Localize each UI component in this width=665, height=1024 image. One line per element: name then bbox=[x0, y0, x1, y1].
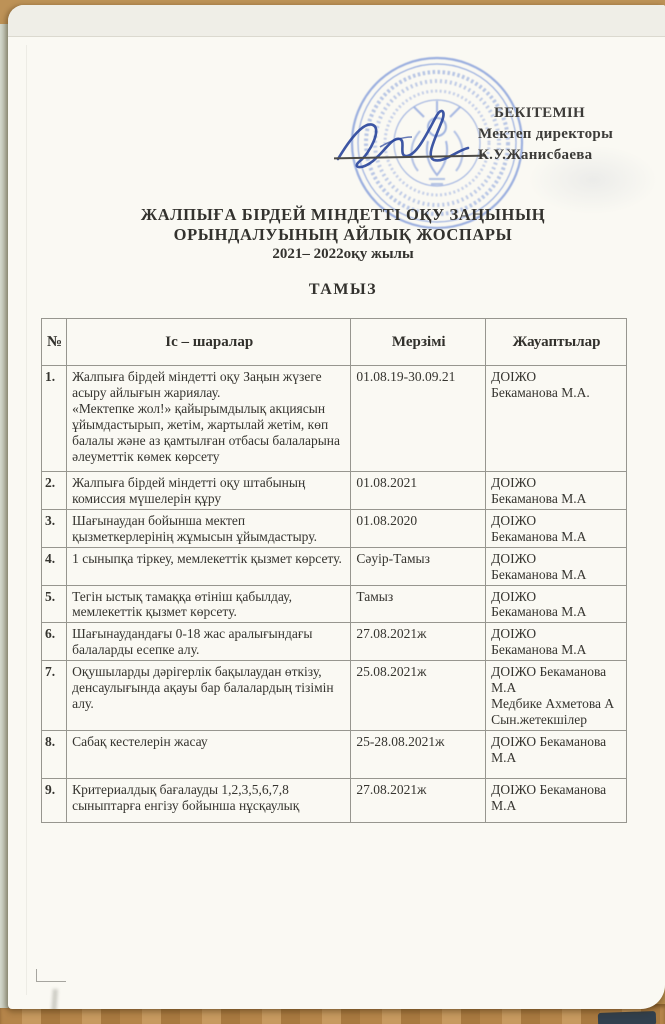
responsible-cell: ДОІЖО Бекаманова М.А bbox=[486, 585, 627, 623]
responsible-cell: ДОІЖО Бекаманова М.А. bbox=[486, 366, 627, 472]
scanner-corner-object bbox=[598, 1011, 656, 1024]
date-cell: 25.08.2021ж bbox=[351, 661, 486, 731]
table-body: 1. Жалпыға бірдей міндетті оқу Заңын жүз… bbox=[42, 366, 627, 823]
date-cell: Тамыз bbox=[351, 585, 486, 623]
date-cell: 01.08.2021 bbox=[351, 472, 486, 510]
row-number-cell: 7. bbox=[42, 661, 67, 731]
scan-corner-mark bbox=[36, 969, 66, 982]
date-cell: 27.08.2021ж bbox=[351, 778, 486, 822]
responsible-cell: ДОІЖО Бекаманова М.А bbox=[486, 730, 627, 778]
responsible-cell: ДОІЖО Бекаманова М.А bbox=[486, 623, 627, 661]
document-title: ЖАЛПЫҒА БІРДЕЙ МІНДЕТТІ ОҚУ ЗАҢЫНЫҢ ОРЫН… bbox=[28, 205, 658, 299]
paper-top-shading bbox=[8, 5, 665, 37]
date-cell: 27.08.2021ж bbox=[351, 623, 486, 661]
activity-cell: Жалпыға бірдей міндетті оқу Заңын жүзеге… bbox=[67, 366, 351, 472]
responsible-cell: ДОІЖО Бекаманова М.А bbox=[486, 547, 627, 585]
table-row: 6. Шағынаудандағы 0-18 жас аралығындағы … bbox=[42, 623, 627, 661]
table-row: 1. Жалпыға бірдей міндетті оқу Заңын жүз… bbox=[42, 366, 627, 472]
scan-smudge bbox=[51, 989, 58, 1009]
table-row: 2. Жалпыға бірдей міндетті оқу штабының … bbox=[42, 472, 627, 510]
table-row: 7. Оқушыларды дәрігерлік бақылаудан өткі… bbox=[42, 661, 627, 731]
table-header: № Іс – шаралар Мерзімі Жауаптылар bbox=[42, 319, 627, 366]
row-number-cell: 8. bbox=[42, 730, 67, 778]
row-number-cell: 5. bbox=[42, 585, 67, 623]
header-date: Мерзімі bbox=[351, 319, 486, 366]
date-cell: 01.08.2020 bbox=[351, 509, 486, 547]
row-number-cell: 3. bbox=[42, 509, 67, 547]
responsible-cell: ДОІЖО Бекаманова М.А bbox=[486, 472, 627, 510]
row-number-cell: 1. bbox=[42, 366, 67, 472]
monthly-plan-table: № Іс – шаралар Мерзімі Жауаптылар 1. Жал… bbox=[41, 318, 627, 823]
date-cell: 01.08.19-30.09.21 bbox=[351, 366, 486, 472]
responsible-cell: ДОІЖО Бекаманова М.А bbox=[486, 778, 627, 822]
table-row: 9. Критериалдық бағалауды 1,2,3,5,6,7,8 … bbox=[42, 778, 627, 822]
table-row: 8. Сабақ кестелерін жасау 25-28.08.2021ж… bbox=[42, 730, 627, 778]
date-cell: 25-28.08.2021ж bbox=[351, 730, 486, 778]
signature-icon bbox=[328, 97, 498, 187]
table-row: 3. Шағынаудан бойынша мектеп қызметкерле… bbox=[42, 509, 627, 547]
activity-cell: Оқушыларды дәрігерлік бақылаудан өткізу,… bbox=[67, 661, 351, 731]
activity-cell: Жалпыға бірдей міндетті оқу штабының ком… bbox=[67, 472, 351, 510]
title-line-1: ЖАЛПЫҒА БІРДЕЙ МІНДЕТТІ ОҚУ ЗАҢЫНЫҢ bbox=[28, 205, 658, 225]
row-number-cell: 2. bbox=[42, 472, 67, 510]
approval-name: К.У.Жанисбаева bbox=[478, 145, 613, 166]
paper-fold-line bbox=[26, 45, 27, 995]
activity-cell: Шағынаудандағы 0-18 жас аралығындағы бал… bbox=[67, 623, 351, 661]
header-activities: Іс – шаралар bbox=[67, 319, 351, 366]
title-month: ТАМЫЗ bbox=[28, 281, 658, 299]
approval-role: Мектеп директоры bbox=[478, 124, 613, 145]
activity-cell: Сабақ кестелерін жасау bbox=[67, 730, 351, 778]
activity-cell: 1 сыныпқа тіркеу, мемлекеттік қызмет көр… bbox=[67, 547, 351, 585]
title-year: 2021– 2022оқу жылы bbox=[28, 245, 658, 264]
activity-cell: Критериалдық бағалауды 1,2,3,5,6,7,8 сын… bbox=[67, 778, 351, 822]
document-page: БЕКІТЕМІН Мектеп директоры К.У.Жанисбаев… bbox=[8, 5, 665, 1009]
row-number-cell: 9. bbox=[42, 778, 67, 822]
activity-cell: Тегін ыстық тамаққа өтініш қабылдау, мем… bbox=[67, 585, 351, 623]
responsible-cell: ДОІЖО Бекаманова М.А bbox=[486, 509, 627, 547]
title-line-2: ОРЫНДАЛУЫНЫҢ АЙЛЫҚ ЖОСПАРЫ bbox=[28, 225, 658, 245]
responsible-cell: ДОІЖО Бекаманова М.А Медбике Ахметова А … bbox=[486, 661, 627, 731]
date-cell: Сәуір-Тамыз bbox=[351, 547, 486, 585]
header-responsible: Жауаптылар bbox=[486, 319, 627, 366]
table-row: 4. 1 сыныпқа тіркеу, мемлекеттік қызмет … bbox=[42, 547, 627, 585]
table-row: 5. Тегін ыстық тамаққа өтініш қабылдау, … bbox=[42, 585, 627, 623]
approval-block: БЕКІТЕМІН Мектеп директоры К.У.Жанисбаев… bbox=[478, 103, 613, 166]
approval-heading: БЕКІТЕМІН bbox=[478, 103, 613, 124]
header-number: № bbox=[42, 319, 67, 366]
activity-cell: Шағынаудан бойынша мектеп қызметкерлерін… bbox=[67, 509, 351, 547]
row-number-cell: 4. bbox=[42, 547, 67, 585]
row-number-cell: 6. bbox=[42, 623, 67, 661]
